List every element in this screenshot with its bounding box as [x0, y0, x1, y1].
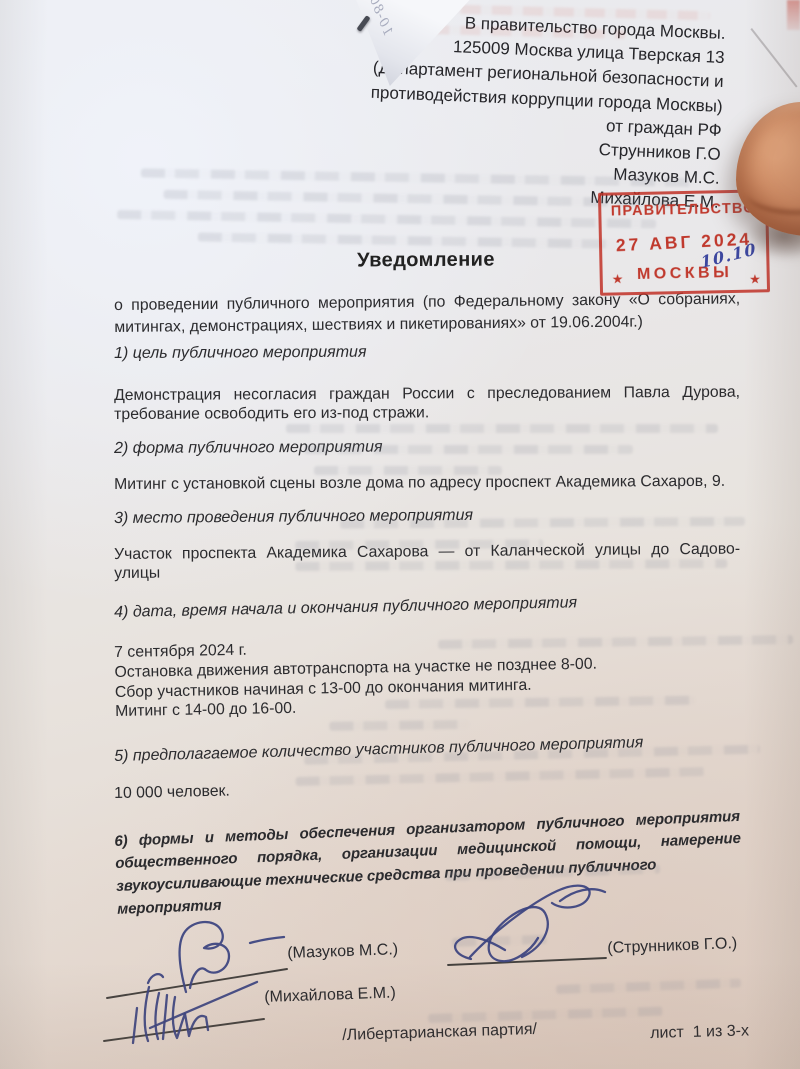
- stamp-city-text: МОСКВЫ: [602, 263, 766, 284]
- intro-paragraph: о проведении публичного мероприятия (по …: [114, 288, 740, 338]
- signature-label-mazukov: (Мазуков М.С.): [287, 941, 398, 963]
- signature-underline: [104, 1019, 264, 1041]
- section-1-body: Демонстрация несогласия граждан России с…: [114, 383, 740, 425]
- signature-label-strunnikov: (Струнников Г.О.): [607, 935, 738, 958]
- ghost-line: [452, 935, 547, 947]
- bleedthrough-text-block: [428, 1007, 664, 1035]
- ghost-line: [296, 767, 705, 786]
- ghost-line: [330, 720, 470, 731]
- ghost-line: [429, 25, 625, 39]
- ghost-line: [295, 539, 543, 550]
- signature-mikhailova: [133, 974, 257, 1043]
- section-1-heading: 1) цель публичного мероприятия: [114, 342, 754, 363]
- star-icon: ★: [749, 271, 761, 287]
- ghost-line: [314, 466, 502, 475]
- section-4-heading: 4) дата, время начала и окончания публич…: [114, 591, 754, 622]
- bleedthrough-text-block: [556, 979, 742, 1006]
- bleedthrough-text-block: [248, 424, 718, 487]
- section-6-heading: 6) формы и методы обеспечения организато…: [114, 806, 743, 921]
- bleedthrough-text-block: [295, 517, 745, 583]
- bleedthrough-text-block: [452, 935, 548, 959]
- ghost-line: [428, 1007, 663, 1023]
- paper-edge-line: [750, 28, 797, 88]
- ghost-line: [304, 445, 633, 454]
- stamp-bleed-mark: [787, 0, 800, 30]
- signature-label-mikhailova: (Михайлова Е.М.): [264, 984, 396, 1007]
- signature-mazukov: [180, 922, 284, 992]
- photographed-document: В правительство города Москвы. 125009 Мо…: [0, 0, 800, 1069]
- ghost-line: [117, 210, 656, 228]
- star-icon: ★: [612, 271, 624, 287]
- ghost-line: [198, 232, 616, 248]
- bleedthrough-text-block: [385, 696, 696, 742]
- ghost-line: [340, 517, 745, 529]
- stamp-org-text: ПРАВИТЕЛЬСТВО: [601, 200, 765, 219]
- signature-underline: [448, 958, 606, 965]
- ghost-line: [295, 559, 727, 571]
- ghost-line: [430, 4, 710, 20]
- body-line: Демонстрация несогласия граждан России с…: [114, 383, 740, 406]
- body-line: требование освободить его из-под стражи.: [114, 402, 740, 425]
- signature-underline: [107, 969, 287, 998]
- bleedthrough-text-block: [429, 4, 710, 53]
- ghost-line: [286, 424, 718, 433]
- ghost-line: [556, 979, 741, 994]
- footer-sheet-number: лист 1 из 3-х: [650, 1022, 749, 1043]
